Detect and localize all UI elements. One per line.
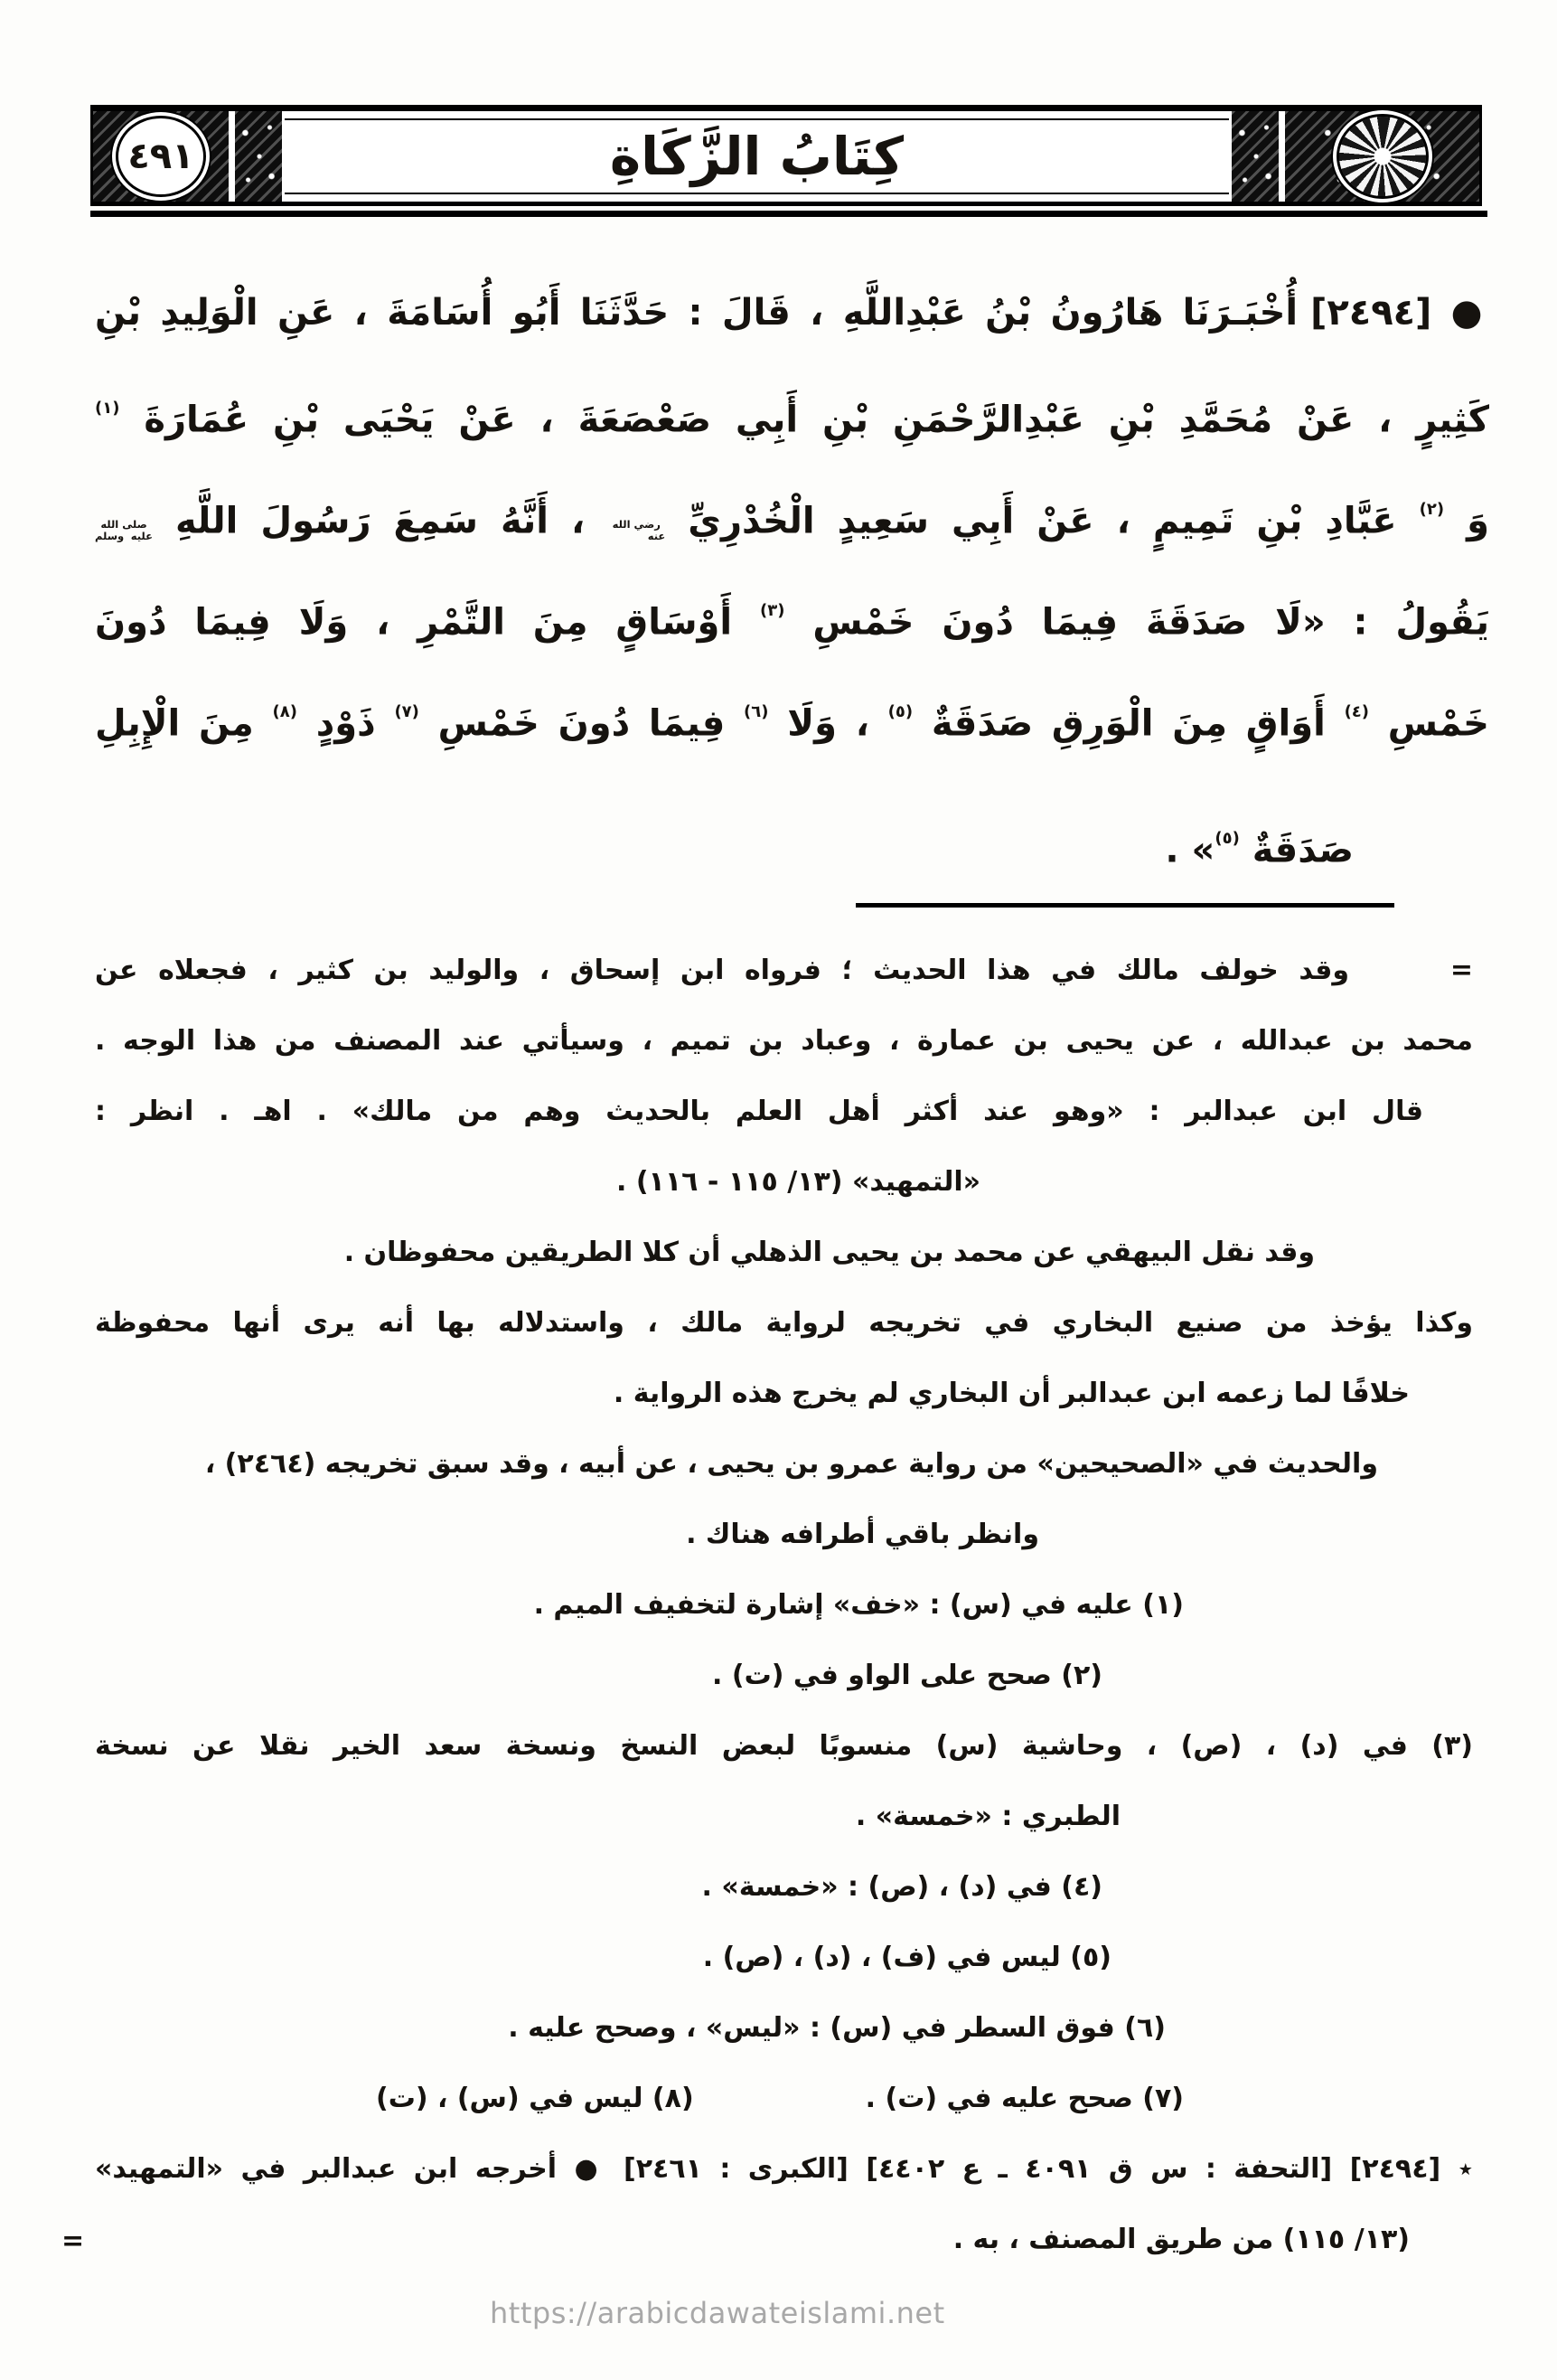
continuation-marker-bottom: = bbox=[61, 2225, 84, 2257]
header-band: ٤٩١ كِتَابُ الزَّكَاةِ bbox=[90, 105, 1482, 206]
title-cartouche: كِتَابُ الزَّكَاةِ bbox=[285, 111, 1229, 202]
hadith-line: كَثِيرٍ ، عَنْ مُحَمَّدِ بْنِ عَبْدِالرَ… bbox=[95, 363, 1489, 465]
footnote-continuation-line: وقد نقل البيهقي عن محمد بن يحيى الذهلي أ… bbox=[95, 1218, 1315, 1288]
hadith-line: يَقُولُ : «لَا صَدَقَةَ فِيمَا دُونَ خَم… bbox=[95, 566, 1489, 667]
ornament-divider-left bbox=[232, 111, 285, 202]
footnote-mark: (٢) bbox=[1420, 500, 1444, 519]
watermark-url: https://arabicdawateislami.net bbox=[490, 2296, 945, 2330]
footnote-continuation-line: وكذا يؤخذ من صنيع البخاري في تخريجه لروا… bbox=[95, 1288, 1473, 1359]
footnote-mark: (٨) bbox=[273, 702, 297, 721]
honorific-ligature: رضي الله عنه bbox=[607, 519, 665, 542]
book-page: ٤٩١ كِتَابُ الزَّكَاةِ ● [٢٤٩٤] أُخْبَـر… bbox=[0, 0, 1557, 2380]
footnote-variant-5: (٥) ليس في (ف) ، (د) ، (ص) . bbox=[95, 1923, 1111, 1993]
footnote-mark: (١) bbox=[95, 399, 119, 418]
footnote-variant-3: (٣) في (د) ، (ص) ، وحاشية (س) منسوبًا لب… bbox=[95, 1711, 1473, 1782]
footnote-mark: (٥) bbox=[888, 702, 913, 721]
footnote-continuation-line: خلافًا لما زعمه ابن عبدالبر أن البخاري ل… bbox=[95, 1359, 1410, 1429]
footnote-variant-4: (٤) في (د) ، (ص) : «خمسة» . bbox=[95, 1852, 1102, 1923]
footnote-continuation-line: = وقد خولف مالك في هذا الحديث ؛ فرواه اب… bbox=[95, 936, 1473, 1006]
footnote-text: وقد خولف مالك في هذا الحديث ؛ فرواه ابن … bbox=[95, 936, 1349, 1006]
footnote-continuation-line: محمد بن عبدالله ، عن يحيى بن عمارة ، وعب… bbox=[95, 1006, 1473, 1077]
footnote-variant-3-continuation: الطبري : «خمسة» . bbox=[95, 1782, 1121, 1852]
honorific-ligature: صلى الله عليه وسلم bbox=[95, 519, 153, 542]
footnote-continuation-line: والحديث في «الصحيحين» من رواية عمرو بن ي… bbox=[95, 1429, 1378, 1500]
page-number: ٤٩١ bbox=[127, 136, 193, 177]
page-number-medallion: ٤٩١ bbox=[118, 118, 203, 194]
page-title: كِتَابُ الزَّكَاةِ bbox=[285, 111, 1229, 202]
footnotes-block: = وقد خولف مالك في هذا الحديث ؛ فرواه اب… bbox=[95, 936, 1473, 2275]
takhrij-tail-line: (١٣/ ١١٥) من طريق المصنف ، به . bbox=[95, 2205, 1410, 2275]
hadith-line: وَ (٢) عَبَّادِ بْنِ تَمِيمٍ ، عَنْ أَبِ… bbox=[95, 465, 1489, 566]
hadith-line: ● [٢٤٩٤] أُخْبَـرَنَا هَارُونُ بْنُ عَبْ… bbox=[95, 262, 1489, 363]
footnote-variant-7-8-row: (٧) صحح عليه في (ت) . (٨) ليس في (س) ، (… bbox=[95, 2064, 1473, 2134]
ornament-right-block bbox=[1281, 111, 1479, 202]
footnote-mark: (٧) bbox=[394, 702, 418, 721]
hadith-text: ● [٢٤٩٤] أُخْبَـرَنَا هَارُونُ بْنُ عَبْ… bbox=[95, 262, 1489, 895]
takhrij-line: ٭ [٢٤٩٤] [التحفة : س ق ٤٠٩١ ـ ع ٤٤٠٢] [ا… bbox=[95, 2134, 1473, 2205]
footnote-continuation-line: وانظر باقي أطرافه هناك . bbox=[95, 1500, 1039, 1570]
ornament-left-block: ٤٩١ bbox=[93, 111, 232, 202]
continuation-marker-top: = bbox=[1435, 936, 1473, 1006]
header-rule bbox=[90, 211, 1487, 217]
footnote-mark: (٣) bbox=[760, 601, 784, 620]
footnote-variant-6: (٦) فوق السطر في (س) : «ليس» ، وصحح عليه… bbox=[95, 1993, 1166, 2064]
footnote-mark: (٦) bbox=[744, 702, 768, 721]
footnote-continuation-line: قال ابن عبدالبر : «وهو عند أكثر أهل العل… bbox=[95, 1077, 1423, 1147]
footnote-variant-1: (١) عليه في (س) : «خف» إشارة لتخفيف المي… bbox=[95, 1570, 1184, 1641]
ornament-divider-right bbox=[1229, 111, 1281, 202]
footnote-mark: (٤) bbox=[1345, 702, 1369, 721]
footnote-separator bbox=[856, 903, 1394, 908]
footnote-variant-2: (٢) صحح على الواو في (ت) . bbox=[95, 1641, 1102, 1711]
hadith-line-last: صَدَقَةٌ (٥)» . bbox=[95, 794, 1354, 895]
footnote-variant-7: (٧) صحح عليه في (ت) . bbox=[866, 2064, 1184, 2134]
footnote-mark: (٥) bbox=[1215, 829, 1239, 848]
footnote-continuation-line: «التمهيد» (١٣/ ١١٥ - ١١٦) . bbox=[95, 1147, 980, 1218]
hadith-line: خَمْسِ (٤) أَوَاقٍ مِنَ الْوَرِقِ صَدَقَ… bbox=[95, 667, 1489, 768]
footnote-variant-8: (٨) ليس في (س) ، (ت) bbox=[376, 2064, 694, 2134]
publisher-seal-icon bbox=[1339, 117, 1426, 196]
